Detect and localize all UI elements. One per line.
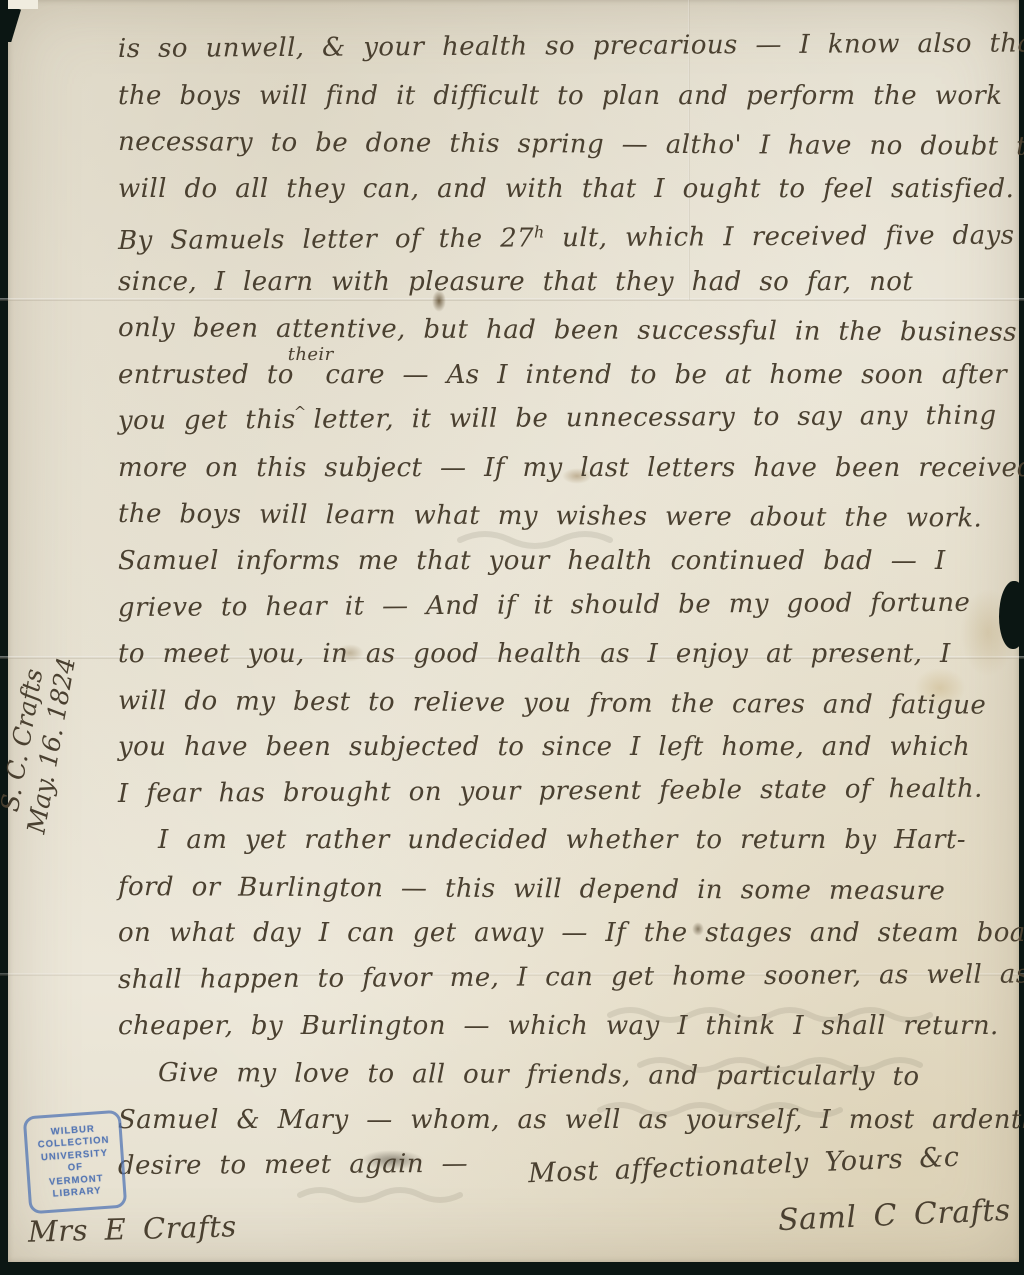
letter-line: will do my best to relieve you from the …: [118, 678, 1016, 729]
letter-line: the boys will find it difficult to plan …: [118, 73, 1016, 120]
paper-edge-fragment: [8, 0, 38, 9]
letter-line: necessary to be done this spring — altho…: [118, 119, 1016, 170]
paper-edge-tear: [999, 581, 1024, 649]
letter-body: is so unwell, & your health so precariou…: [118, 26, 1016, 1190]
letter-line: the boys will learn what my wishes were …: [118, 491, 1016, 542]
letter-line: to meet you, in as good health as I enjo…: [118, 631, 1016, 678]
letter-line: more on this subject — If my last letter…: [118, 445, 1016, 492]
addressee-name: Mrs E Crafts: [28, 1209, 237, 1248]
library-stamp: WILBUR COLLECTION UNIVERSITY OF VERMONT …: [23, 1110, 128, 1215]
letter-line: I fear has brought on your present feebl…: [118, 765, 1016, 817]
letter-line: shall happen to favor me, I can get home…: [118, 951, 1016, 1003]
letter-line: you get this letter, it will be unnecess…: [118, 393, 1016, 445]
letter-line: Samuel informs me that your health conti…: [118, 538, 1016, 585]
letter-line: cheaper, by Burlington — which way I thi…: [118, 1003, 1016, 1050]
letter-line: is so unwell, & your health so precariou…: [118, 21, 1016, 73]
stamp-line: OF: [67, 1161, 83, 1175]
letter-line: since, I learn with pleasure that they h…: [118, 259, 1016, 306]
letter-line: you have been subjected to since I left …: [118, 724, 1016, 771]
letter-line: will do all they can, and with that I ou…: [118, 166, 1016, 213]
superscript: h: [534, 223, 544, 242]
stamp-line: LIBRARY: [52, 1185, 102, 1201]
scanned-letter: is so unwell, & your health so precariou…: [0, 0, 1024, 1275]
letter-line: ford or Burlington — this will depend in…: [118, 864, 1016, 915]
letter-line: entrusted totheir^ care — As I intend to…: [118, 352, 1016, 399]
letter-line: grieve to hear it — And if it should be …: [118, 579, 1016, 631]
letter-line: By Samuels letter of the 27h ult, which …: [118, 207, 1016, 259]
letter-line: Give my love to all our friends, and par…: [158, 1050, 1016, 1101]
letter-line: on what day I can get away — If the stag…: [118, 910, 1016, 957]
letter-line: Samuel & Mary — whom, as well as yoursel…: [118, 1097, 1016, 1144]
letter-line: I am yet rather undecided whether to ret…: [158, 817, 1016, 864]
letter-line: only been attentive, but had been succes…: [118, 305, 1016, 356]
